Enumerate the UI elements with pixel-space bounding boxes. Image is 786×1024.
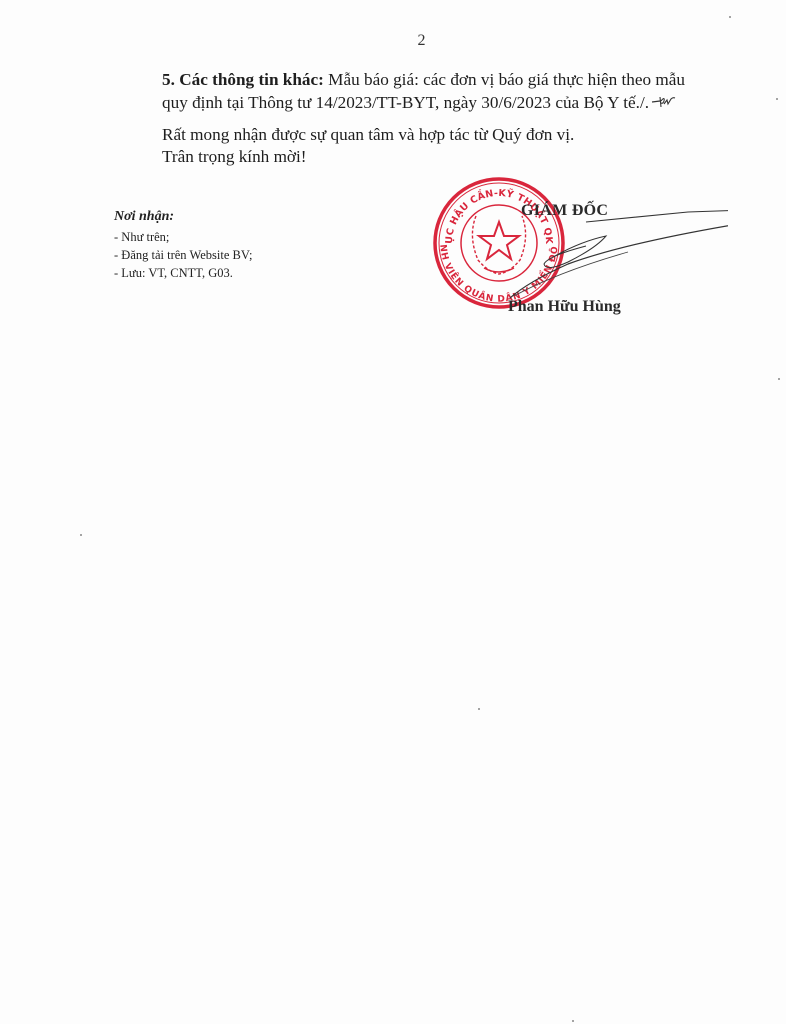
scan-speck — [776, 98, 778, 100]
item5-line2: quy định tại Thông tư 14/2023/TT-BYT, ng… — [162, 92, 677, 114]
item5-line1: 5. Các thông tin khác: Mẫu báo giá: các … — [162, 69, 685, 91]
recipient-item: - Như trên; — [114, 228, 252, 246]
handwritten-signature — [488, 202, 728, 312]
page-number: 2 — [0, 32, 786, 50]
scan-speck — [778, 378, 780, 380]
handwritten-initials-icon — [651, 95, 677, 109]
recipient-item: - Lưu: VT, CNTT, G03. — [114, 264, 252, 282]
scan-speck — [80, 534, 82, 536]
recipients-title: Nơi nhận: — [114, 208, 252, 226]
item5-label: 5. Các thông tin khác: — [162, 70, 324, 89]
recipients-block: Nơi nhận: - Như trên; - Đăng tải trên We… — [114, 208, 252, 282]
closing-line2: Trân trọng kính mời! — [162, 146, 307, 168]
signature-block: CỤC HẬU CẦN-KỸ THUẬT QK7 BỆNH VIỆN QUÂN … — [428, 172, 728, 322]
document-page: 2 5. Các thông tin khác: Mẫu báo giá: cá… — [0, 0, 786, 1024]
item5-text-line1: Mẫu báo giá: các đơn vị báo giá thực hiệ… — [324, 70, 685, 89]
scan-speck — [572, 1020, 574, 1022]
recipient-item: - Đăng tải trên Website BV; — [114, 246, 252, 264]
item5-text-line2: quy định tại Thông tư 14/2023/TT-BYT, ng… — [162, 93, 649, 112]
signer-name: Phan Hữu Hùng — [508, 298, 621, 316]
scan-speck — [478, 708, 480, 710]
scan-speck — [729, 16, 731, 18]
closing-line1: Rất mong nhận được sự quan tâm và hợp tá… — [162, 124, 574, 146]
